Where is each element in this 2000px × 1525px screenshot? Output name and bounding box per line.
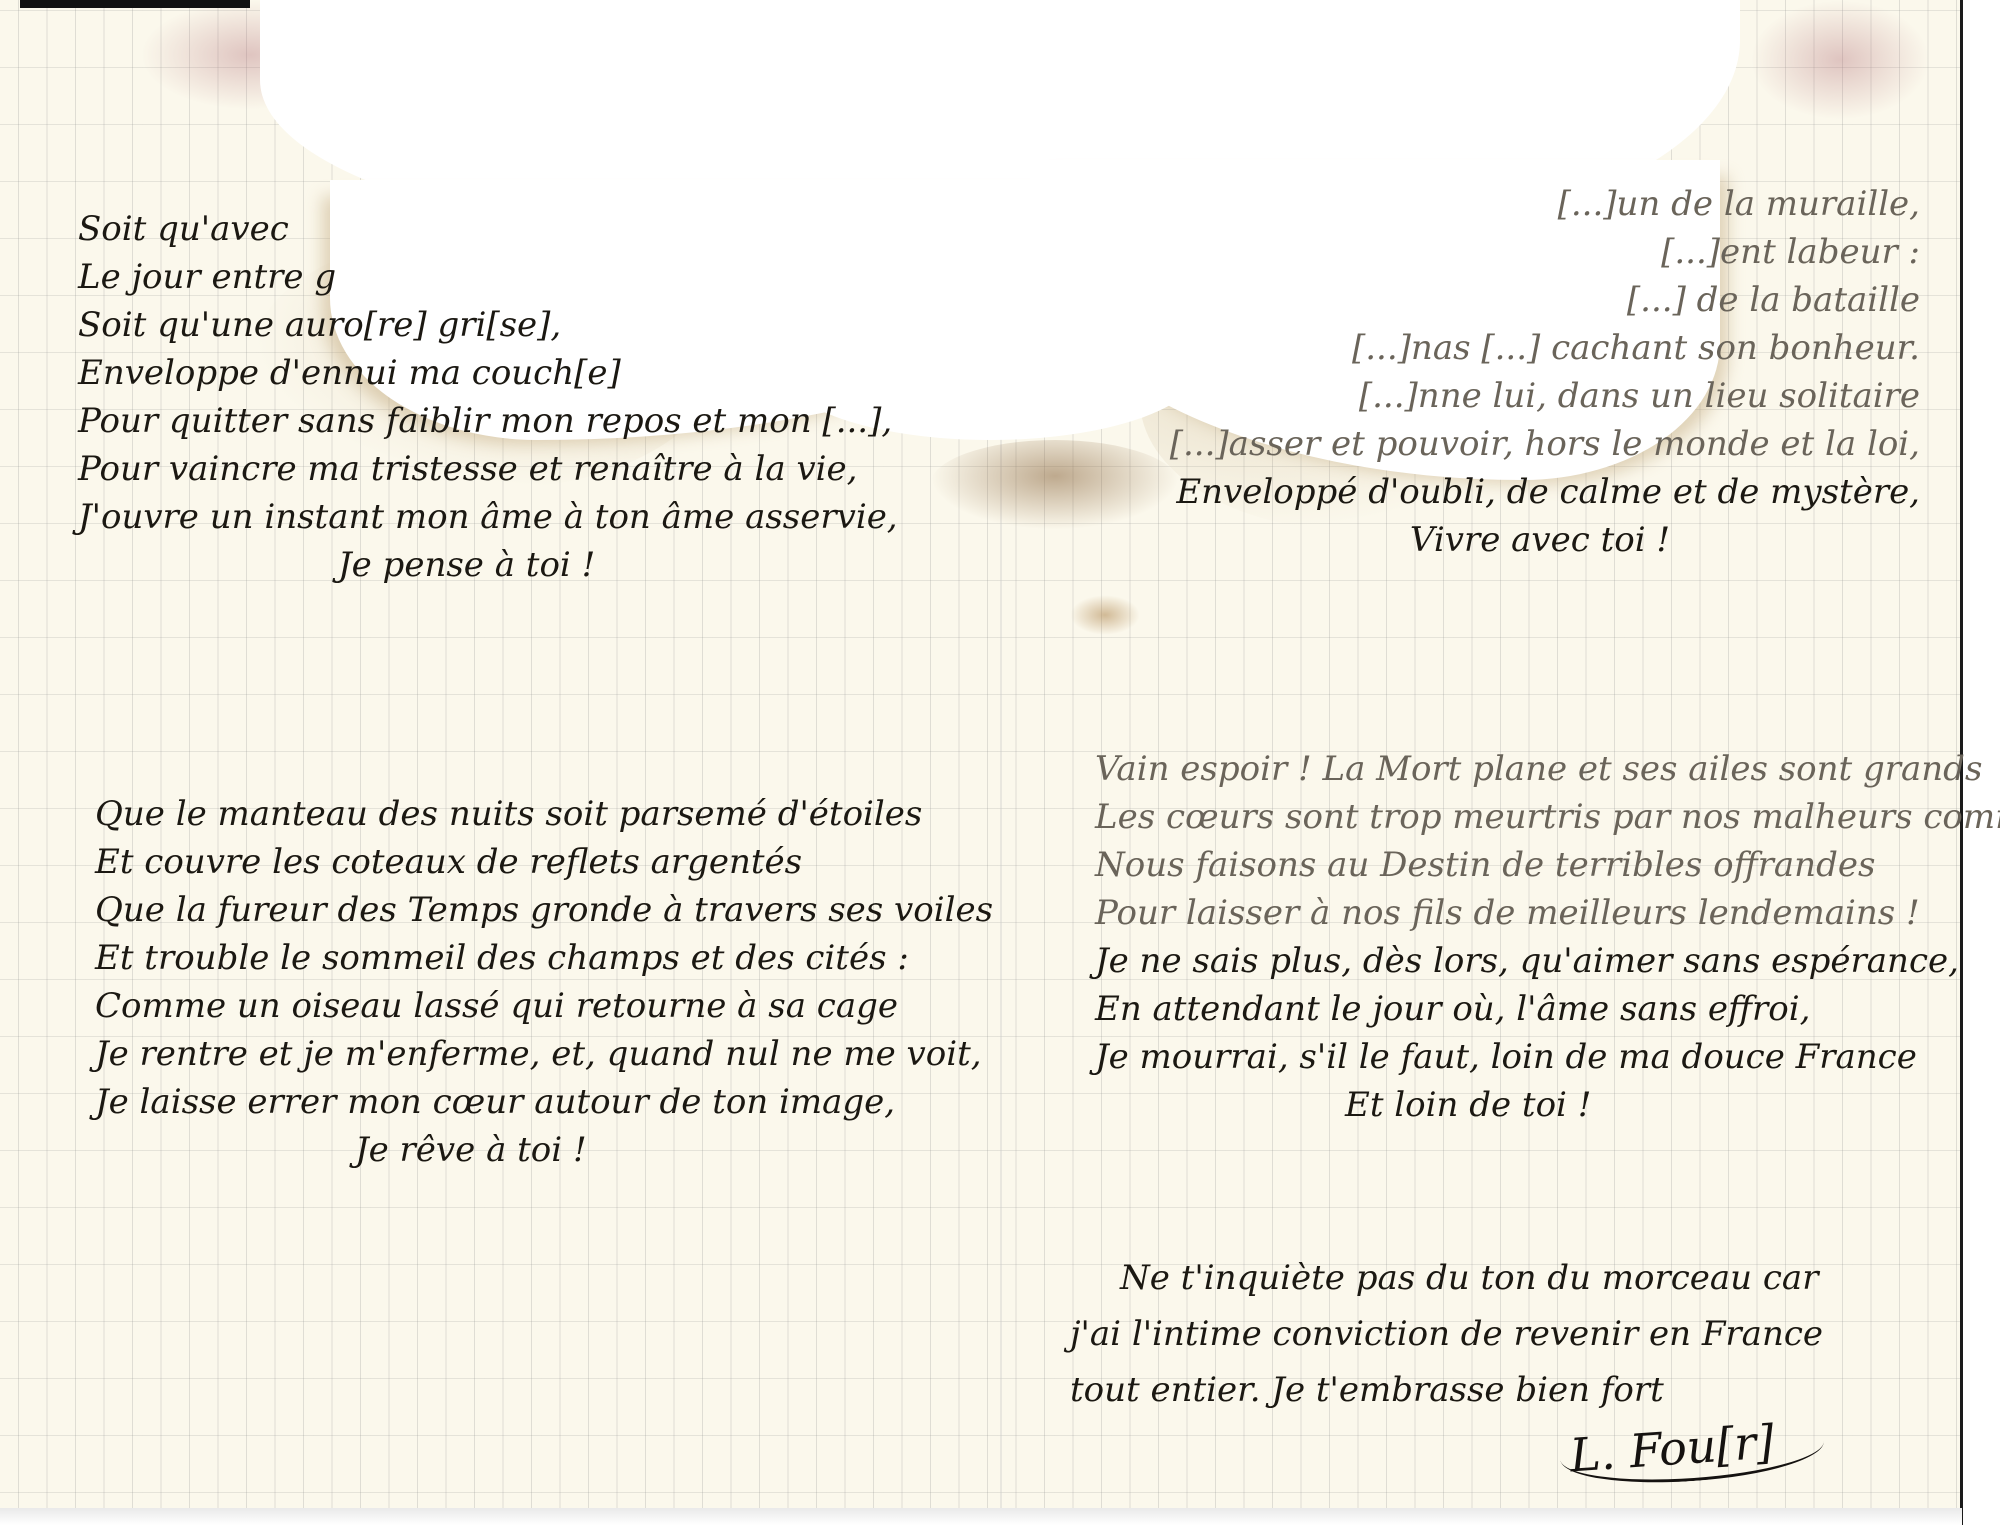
postscript-line: j'ai l'intime conviction de revenir en F… [1070,1306,1823,1362]
scan-edge [20,0,250,8]
postscript-line: Ne t'inquiète pas du ton du morceau car [1070,1250,1823,1306]
verse-line: Soit qu'une auro[re] gri[se], [78,301,898,349]
verse-line: Je ne sais plus, dès lors, qu'aimer sans… [1095,937,2000,985]
verse-line: [...]ent labeur : [1120,228,1920,276]
verse-line: [...] de la bataille [1120,276,1920,324]
center-fold [1000,430,1002,1510]
verse-line: [...]nne lui, dans un lieu solitaire [1120,372,1920,420]
verse-line: J'ouvre un instant mon âme à ton âme ass… [78,493,898,541]
verse-line: Je laisse errer mon cœur autour de ton i… [95,1078,993,1126]
verse-line: [...]nas [...] cachant son bonheur. [1120,324,1920,372]
verse-line: Pour vaincre ma tristesse et renaître à … [78,445,898,493]
verse-line: [...]asser et pouvoir, hors le monde et … [1120,420,1920,468]
postscript-line: tout entier. Je t'embrasse bien fort [1070,1362,1823,1418]
refrain: Vivre avec toi ! [1120,516,1920,564]
verse-line: Et trouble le sommeil des champs et des … [95,934,993,982]
left-stanza-2: Que le manteau des nuits soit parsemé d'… [95,790,993,1174]
verse-line: Le jour entre g [78,253,898,301]
right-stanza-2: Vain espoir ! La Mort plane et ses ailes… [1095,745,2000,1129]
verse-line: Que la fureur des Temps gronde à travers… [95,886,993,934]
refrain: Et loin de toi ! [1095,1081,2000,1129]
verse-line: Je rentre et je m'enferme, et, quand nul… [95,1030,993,1078]
verse-line: Comme un oiseau lassé qui retourne à sa … [95,982,993,1030]
verse-line: Nous faisons au Destin de terribles offr… [1095,841,2000,889]
verse-line: Enveloppé d'oubli, de calme et de mystèr… [1120,468,1920,516]
verse-line: Pour quitter sans faiblir mon repos et m… [78,397,898,445]
verse-line: Et couvre les coteaux de reflets argenté… [95,838,993,886]
verse-line: Soit qu'avec [78,205,898,253]
verse-line: Que le manteau des nuits soit parsemé d'… [95,790,993,838]
verse-line: Les cœurs sont trop meurtris par nos mal… [1095,793,2000,841]
verse-line: En attendant le jour où, l'âme sans effr… [1095,985,2000,1033]
right-stanza-1: [...]un de la muraille, [...]ent labeur … [1120,180,1920,564]
verse-line: Je mourrai, s'il le faut, loin de ma dou… [1095,1033,2000,1081]
verse-line: Vain espoir ! La Mort plane et ses ailes… [1095,745,2000,793]
scan-edge-bottom [0,1508,1962,1525]
refrain: Je rêve à toi ! [95,1126,993,1174]
verse-line: Pour laisser à nos fils de meilleurs len… [1095,889,2000,937]
verse-line: [...]un de la muraille, [1120,180,1920,228]
refrain: Je pense à toi ! [78,541,898,589]
postscript: Ne t'inquiète pas du ton du morceau car … [1070,1250,1823,1418]
left-stanza-1: Soit qu'avec Le jour entre g Soit qu'une… [78,205,898,589]
verse-line: Enveloppe d'ennui ma couch[e] [78,349,898,397]
